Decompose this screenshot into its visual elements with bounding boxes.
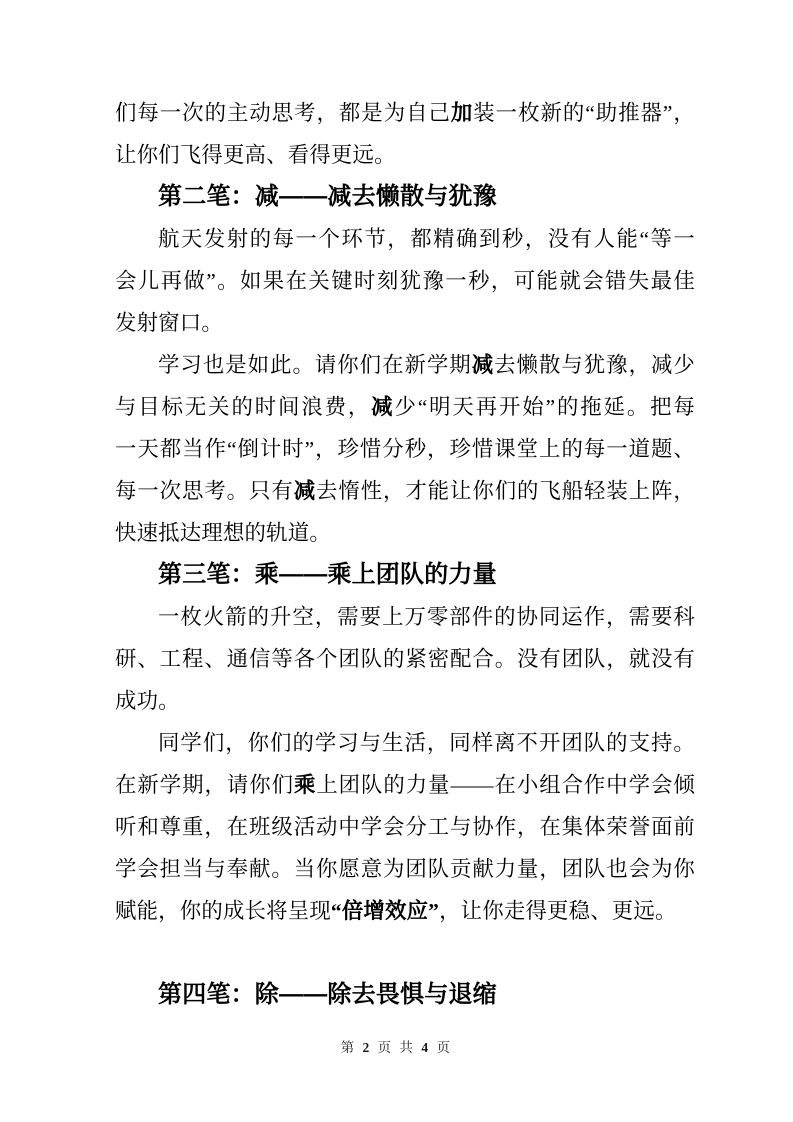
page-number: 2 [362, 1040, 371, 1055]
text-line: 学习也是如此。请你们在新学期减去懒散与犹豫，减少 [115, 344, 695, 386]
text-line: 研、工程、通信等各个团队的紧密配合。没有团队，就没有 [115, 638, 695, 680]
document-body: 们每一次的主动思考，都是为自己加装一枚新的“助推器”，让你们飞得更高、看得更远。… [115, 92, 695, 1016]
text-line: 们每一次的主动思考，都是为自己加装一枚新的“助推器”， [115, 92, 695, 134]
emphasized-text: 减 [472, 353, 494, 377]
emphasized-text: 第二笔：减——减去懒散与犹豫 [158, 183, 497, 210]
footer-text: 页 共 [372, 1040, 422, 1055]
text-segment: 学习也是如此。请你们在新学期 [158, 353, 472, 377]
text-segment: 同学们，你们的学习与生活，同样离不开团队的支持。 [158, 731, 695, 755]
emphasized-text: 第三笔：乘——乘上团队的力量 [158, 561, 497, 588]
text-segment: 成功。 [115, 689, 180, 713]
text-segment: 少“明天再开始”的拖延。把每 [394, 395, 695, 419]
text-line: 成功。 [115, 680, 695, 722]
text-segment: 在新学期，请你们 [115, 773, 294, 797]
text-segment: 赋能，你的成长将呈现 [115, 899, 331, 923]
text-line: 赋能，你的成长将呈现“倍增效应”，让你走得更稳、更远。 [115, 890, 695, 932]
text-line: 会儿再做”。如果在关键时刻犹豫一秒，可能就会错失最佳 [115, 260, 695, 302]
text-segment: 发射窗口。 [115, 311, 223, 335]
text-segment: 学会担当与奉献。当你愿意为团队贡献力量，团队也会为你 [115, 857, 695, 881]
text-segment: 航天发射的每一个环节，都精确到秒，没有人能“等一 [158, 227, 695, 251]
text-segment: 让你们飞得更高、看得更远。 [115, 143, 396, 167]
text-segment: 去懒散与犹豫，减少 [494, 353, 695, 377]
emphasized-text: 乘 [294, 773, 316, 797]
section-heading: 第四笔：除——除去畏惧与退缩 [115, 974, 695, 1016]
page-footer: 第 2 页 共 4 页 [0, 1038, 793, 1058]
text-line: 听和尊重，在班级活动中学会分工与协作，在集体荣誉面前 [115, 806, 695, 848]
emphasized-text: 减 [371, 395, 394, 419]
text-line: 快速抵达理想的轨道。 [115, 512, 695, 554]
text-line: 同学们，你们的学习与生活，同样离不开团队的支持。 [115, 722, 695, 764]
text-line: 学会担当与奉献。当你愿意为团队贡献力量，团队也会为你 [115, 848, 695, 890]
text-segment: 与目标无关的时间浪费， [115, 395, 371, 419]
text-segment: 一天都当作“倒计时”，珍惜分秒，珍惜课堂上的每一道题、 [115, 437, 695, 461]
text-line: 一枚火箭的升空，需要上万零部件的协同运作，需要科 [115, 596, 695, 638]
emphasized-text: 第四笔：除——除去畏惧与退缩 [158, 981, 497, 1008]
text-segment: 一枚火箭的升空，需要上万零部件的协同运作，需要科 [158, 605, 695, 629]
section-heading: 第二笔：减——减去懒散与犹豫 [115, 176, 695, 218]
text-line: 每一次思考。只有减去惰性，才能让你们的飞船轻装上阵， [115, 470, 695, 512]
text-segment: 研、工程、通信等各个团队的紧密配合。没有团队，就没有 [115, 647, 695, 671]
emphasized-text: 加 [451, 101, 473, 125]
text-segment: 听和尊重，在班级活动中学会分工与协作，在集体荣誉面前 [115, 815, 695, 839]
text-segment: 装一枚新的“助推器”， [473, 101, 695, 125]
text-line: 发射窗口。 [115, 302, 695, 344]
emphasized-text: 减 [294, 479, 316, 503]
text-line: 航天发射的每一个环节，都精确到秒，没有人能“等一 [115, 218, 695, 260]
text-segment: 快速抵达理想的轨道。 [115, 521, 331, 545]
text-segment: 每一次思考。只有 [115, 479, 294, 503]
text-segment: 会儿再做”。如果在关键时刻犹豫一秒，可能就会错失最佳 [115, 269, 695, 293]
text-line: 让你们飞得更高、看得更远。 [115, 134, 695, 176]
text-segment: ，让你走得更稳、更远。 [439, 899, 677, 923]
text-segment: 们每一次的主动思考，都是为自己 [115, 101, 451, 125]
emphasized-text: “倍增效应” [331, 899, 439, 923]
text-line: 与目标无关的时间浪费，减少“明天再开始”的拖延。把每 [115, 386, 695, 428]
text-line: 在新学期，请你们乘上团队的力量——在小组合作中学会倾 [115, 764, 695, 806]
text-segment: 上团队的力量——在小组合作中学会倾 [316, 773, 695, 797]
text-segment: 去惰性，才能让你们的飞船轻装上阵， [316, 479, 695, 503]
footer-text: 页 [431, 1040, 453, 1055]
footer-text: 第 [341, 1040, 363, 1055]
document-page: 们每一次的主动思考，都是为自己加装一枚新的“助推器”，让你们飞得更高、看得更远。… [0, 0, 793, 1122]
section-heading: 第三笔：乘——乘上团队的力量 [115, 554, 695, 596]
paragraph-spacer [115, 932, 695, 974]
page-number: 4 [421, 1040, 430, 1055]
text-line: 一天都当作“倒计时”，珍惜分秒，珍惜课堂上的每一道题、 [115, 428, 695, 470]
